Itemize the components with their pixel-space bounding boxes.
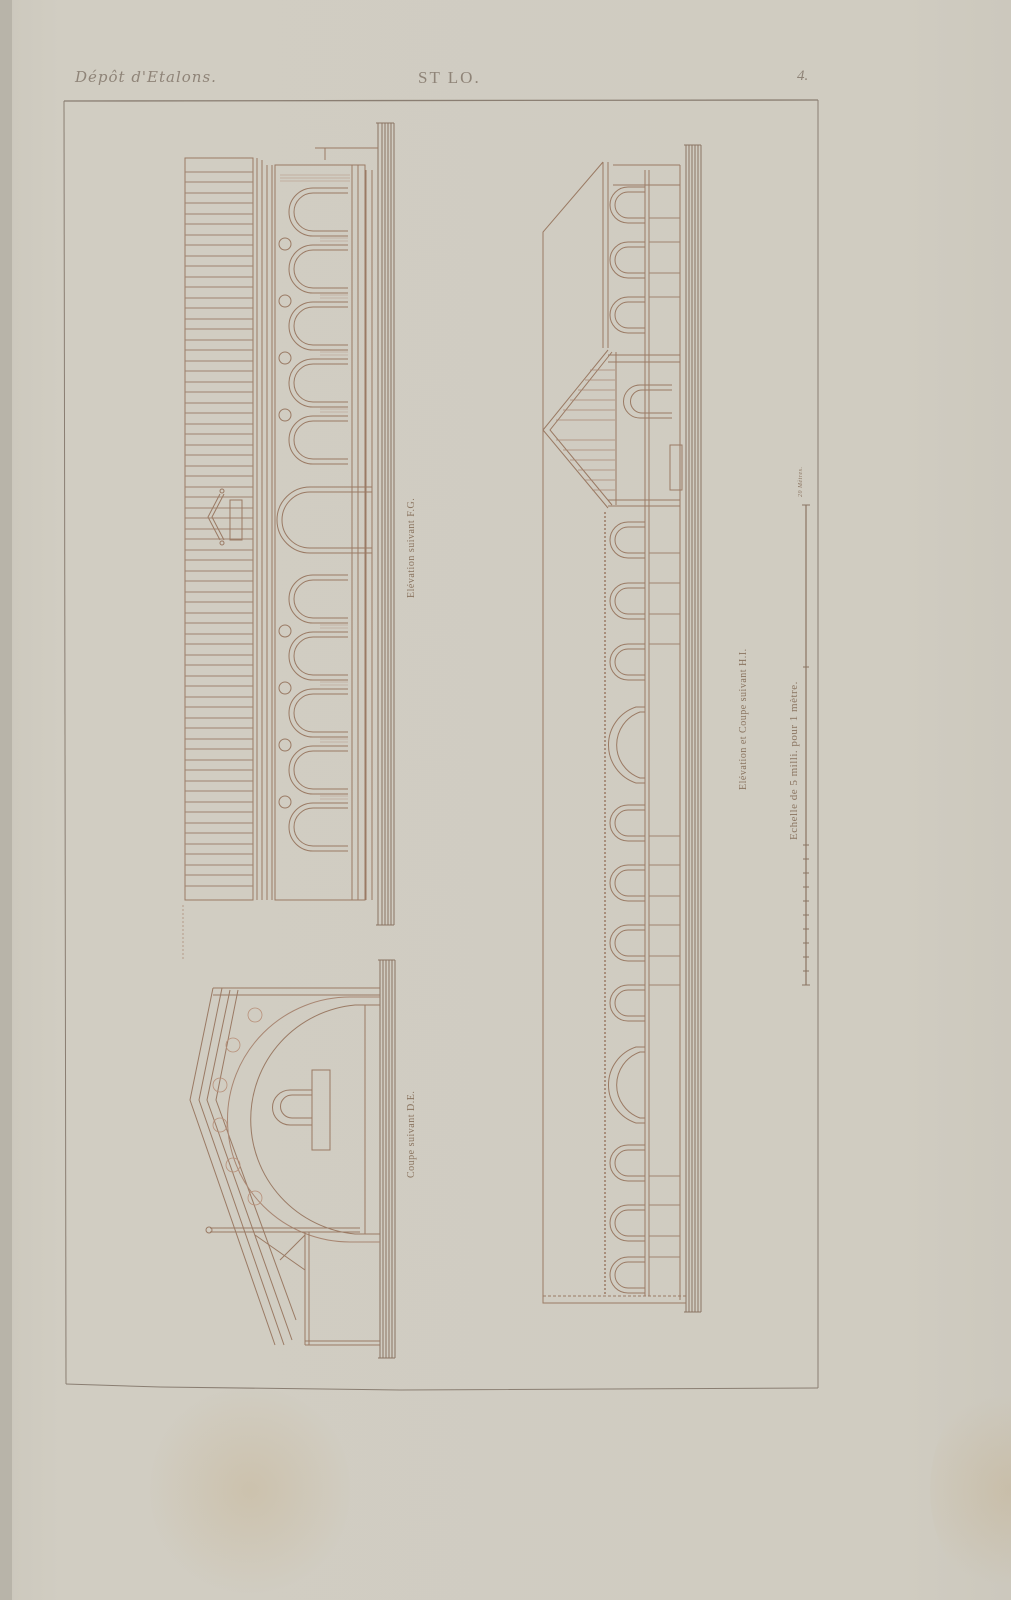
- elevation-section-hi-drawing: [543, 145, 701, 1312]
- architectural-drawing: [0, 0, 1011, 1600]
- plate-border: [64, 100, 818, 1390]
- section-de-drawing: [190, 960, 395, 1358]
- elevation-fg-drawing: [183, 123, 394, 960]
- label-scale: Echelle de 5 milli. pour 1 mètre.: [788, 681, 800, 840]
- scale-bar: [802, 505, 810, 985]
- lithograph-plate: Dépôt d'Etalons. ST LO. 4.: [0, 0, 1011, 1600]
- elevation-hi-arches: [608, 187, 645, 1293]
- label-elevation-fg: Elévation suivant F.G.: [406, 498, 417, 598]
- label-section-de: Coupe suivant D.E.: [406, 1091, 417, 1178]
- gable-section: [543, 350, 682, 508]
- label-scale-unit: 20 Mètres.: [798, 467, 804, 497]
- label-elevation-section-hi: Elévation et Coupe suivant H.I.: [738, 648, 749, 790]
